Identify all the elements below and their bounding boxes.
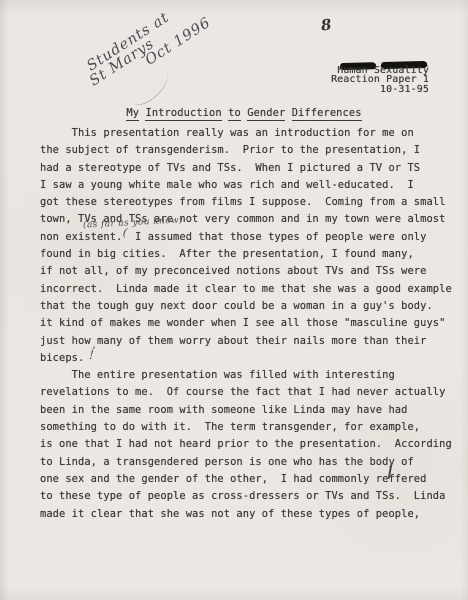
essay-line: the subject of transgenderism. Prior to … xyxy=(40,142,452,159)
essay-line: This presentation really was an introduc… xyxy=(40,125,452,142)
essay-line: been in the same room with someone like … xyxy=(40,402,452,419)
essay-line: got these stereotypes from films I suppo… xyxy=(40,194,452,211)
essay-line: just how many of them worry about their … xyxy=(40,333,452,350)
essay-line: to these type of people as cross-dresser… xyxy=(40,488,452,505)
essay-line: had a stereotype of TVs and TSs. When I … xyxy=(40,160,452,177)
handwritten-page-number: 8 xyxy=(320,15,333,34)
essay-line: if not all, of my preconceived notions a… xyxy=(40,263,452,280)
essay-line: incorrect. Linda made it clear to me tha… xyxy=(40,281,452,298)
essay-line: biceps. xyxy=(40,350,452,367)
essay-line: made it clear that she was not any of th… xyxy=(40,506,452,523)
title-word: to xyxy=(228,107,241,121)
essay-line: revelations to me. Of course the fact th… xyxy=(40,384,452,401)
essay-line: that the tough guy next door could be a … xyxy=(40,298,452,315)
essay-title: My Introduction to Gender Differences xyxy=(40,107,448,119)
handwritten-exclamation-mark: ! xyxy=(89,348,95,362)
title-word: Gender xyxy=(247,107,285,121)
essay-line: The entire presentation was filled with … xyxy=(40,367,452,384)
essay-line: I saw a young white male who was rich an… xyxy=(40,177,452,194)
title-word: My xyxy=(126,107,139,121)
essay-line: is one that I had not heard prior to the… xyxy=(40,436,452,453)
essay-line: it kind of makes me wonder when I see al… xyxy=(40,315,452,332)
title-word: Introduction xyxy=(145,107,221,121)
scanned-essay-page: Students at St Marys Oct 1996 8 Human Se… xyxy=(0,0,468,600)
essay-line: non existent. I assumed that those types… xyxy=(40,229,452,246)
essay-line: found in big cities. After the presentat… xyxy=(40,246,452,263)
title-word: Differences xyxy=(292,107,362,121)
date: 10-31-95 xyxy=(331,85,429,94)
essay-line: something to do with it. The term transg… xyxy=(40,419,452,436)
header-block: Human Sexuality Reaction Paper 1 10-31-9… xyxy=(331,66,429,94)
